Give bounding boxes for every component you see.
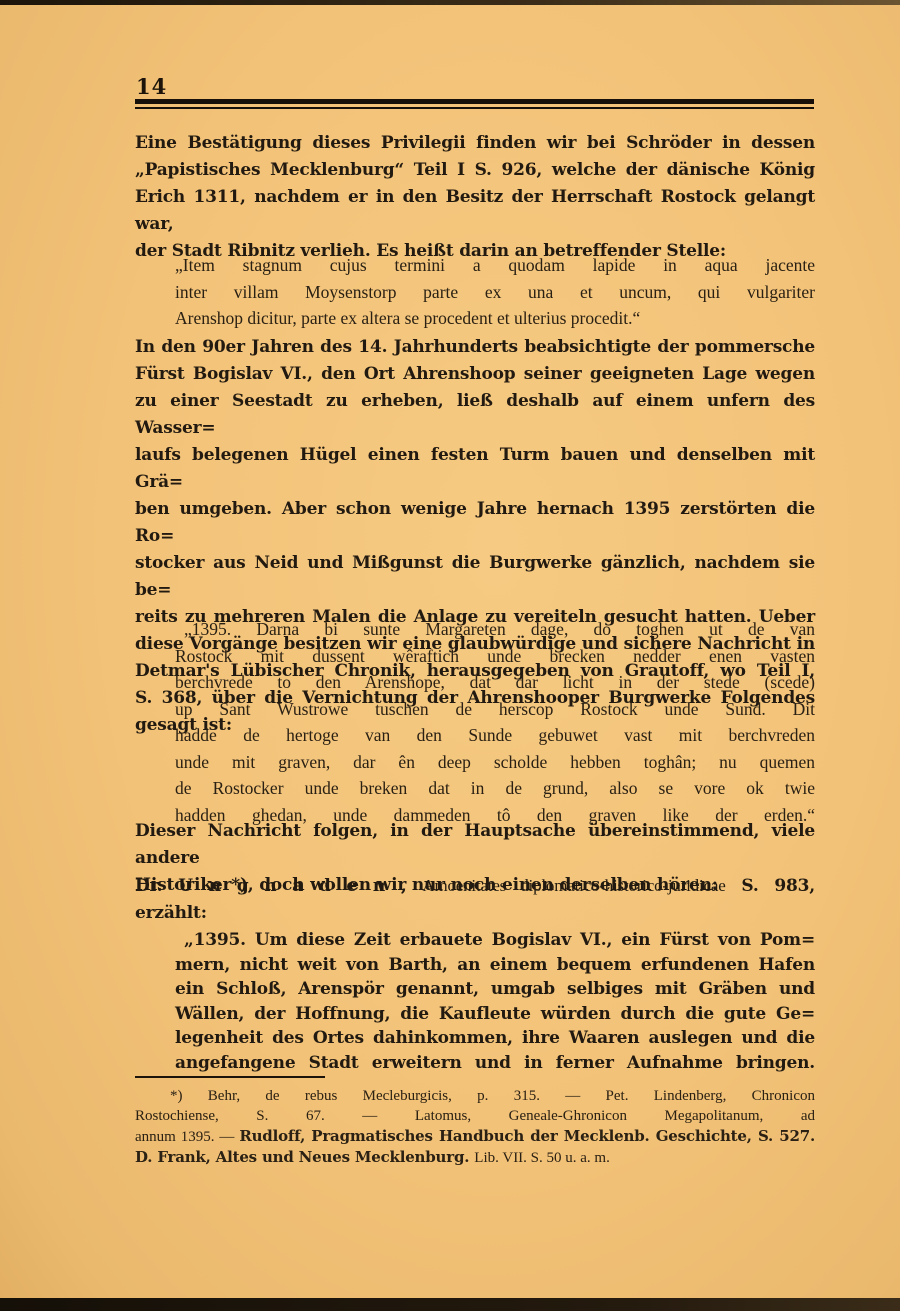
quote-line: angefangene Stadt erweitern und in ferne…: [175, 1051, 815, 1076]
quote-line: berchvrede to den Arenshope, dat dar lic…: [175, 669, 815, 696]
text-line: Erich 1311, nachdem er in den Besitz der…: [135, 184, 815, 238]
quote-line: Rostock mit dussent wêraftich unde breck…: [175, 643, 815, 670]
quote-line: „1395. Um diese Zeit erbauete Bogislav V…: [175, 928, 815, 953]
footnote-separator: [135, 1076, 325, 1078]
text-line: Fürst Bogislav VI., den Ort Ahrenshoop s…: [135, 361, 815, 388]
quote-line: legenheit des Ortes dahinkommen, ihre Wa…: [175, 1026, 815, 1051]
text-line: zu einer Seestadt zu erheben, ließ desha…: [135, 388, 815, 442]
text-line: laufs belegenen Hügel einen festen Turm …: [135, 442, 815, 496]
text-line: ben umgeben. Aber schon wenige Jahre her…: [135, 496, 815, 550]
ungnaden-quote-block: „1395. Um diese Zeit erbauete Bogislav V…: [175, 928, 815, 1075]
quote-line: de Rostocker unde breken dat in de grund…: [175, 775, 815, 802]
footnote-segment: D. Frank, Altes und Neues Mecklenburg.: [135, 1148, 474, 1166]
source-author: Dr. U n g n a d e n ,: [135, 876, 407, 896]
text-line: stocker aus Neid und Mißgunst die Burgwe…: [135, 550, 815, 604]
quote-line: unde mit graven, dar ên deep scholde heb…: [175, 749, 815, 776]
header-rule-thin: [135, 107, 814, 109]
quote-line: Wällen, der Hoffnung, die Kaufleute würd…: [175, 1002, 815, 1027]
footnote-line: Rostochiense, S. 67. — Latomus, Geneale-…: [135, 1106, 815, 1126]
header-rule-thick: [135, 99, 814, 104]
scan-edge-top: [0, 0, 900, 5]
source-line: Dr. U n g n a d e n , Amoenitates diplom…: [135, 872, 815, 900]
source-title: Amoenitates diplomatico-historico-juridi…: [422, 876, 725, 895]
footnote-line: *) Behr, de rebus Mecleburgicis, p. 315.…: [135, 1086, 815, 1106]
quote-line: inter villam Moysenstorp parte ex una et…: [175, 279, 815, 306]
chronicle-quote-block: „1395. Darna bi sunte Margareten dage, d…: [175, 616, 815, 828]
text-line: Eine Bestätigung dieses Privilegii finde…: [135, 130, 815, 157]
scan-edge-bottom: [0, 1298, 900, 1311]
source-attribution: Dr. U n g n a d e n , Amoenitates diplom…: [135, 872, 815, 927]
quote-line: hadde de hertoge van den Sunde gebuwet v…: [175, 722, 815, 749]
page-number: 14: [136, 74, 167, 99]
quote-line: up Sant Wustrowe tuschen de herscop Rost…: [175, 696, 815, 723]
footnote-segment: Rudloff, Pragmatisches Handbuch der Meck…: [239, 1127, 815, 1145]
source-page-ref: S. 983,: [741, 876, 815, 896]
quote-line: „Item stagnum cujus termini a quodam lap…: [175, 252, 815, 279]
quote-line: Arenshop dicitur, parte ex altera se pro…: [175, 305, 815, 332]
footnote-block: *) Behr, de rebus Mecleburgicis, p. 315.…: [135, 1086, 815, 1168]
footnote-line: D. Frank, Altes und Neues Mecklenburg. L…: [135, 1147, 815, 1168]
text-line: „Papistisches Mecklenburg“ Teil I S. 926…: [135, 157, 815, 184]
footnote-segment: Lib. VII. S. 50 u. a. m.: [474, 1150, 610, 1166]
quote-line: ein Schloß, Arenspör genannt, umgab selb…: [175, 977, 815, 1002]
paragraph-intro: Eine Bestätigung dieses Privilegii finde…: [135, 130, 815, 265]
footnote-segment: annum 1395. —: [135, 1129, 239, 1145]
header-rule: [135, 99, 814, 109]
source-verb: erzählt:: [135, 900, 815, 927]
text-line: In den 90er Jahren des 14. Jahrhunderts …: [135, 334, 815, 361]
quote-line: „1395. Darna bi sunte Margareten dage, d…: [175, 616, 815, 643]
footnote-line: annum 1395. — Rudloff, Pragmatisches Han…: [135, 1126, 815, 1147]
latin-quote-block: „Item stagnum cujus termini a quodam lap…: [175, 252, 815, 332]
text-line: Dieser Nachricht folgen, in der Hauptsac…: [135, 818, 815, 872]
quote-line: mern, nicht weit von Barth, an einem beq…: [175, 953, 815, 978]
